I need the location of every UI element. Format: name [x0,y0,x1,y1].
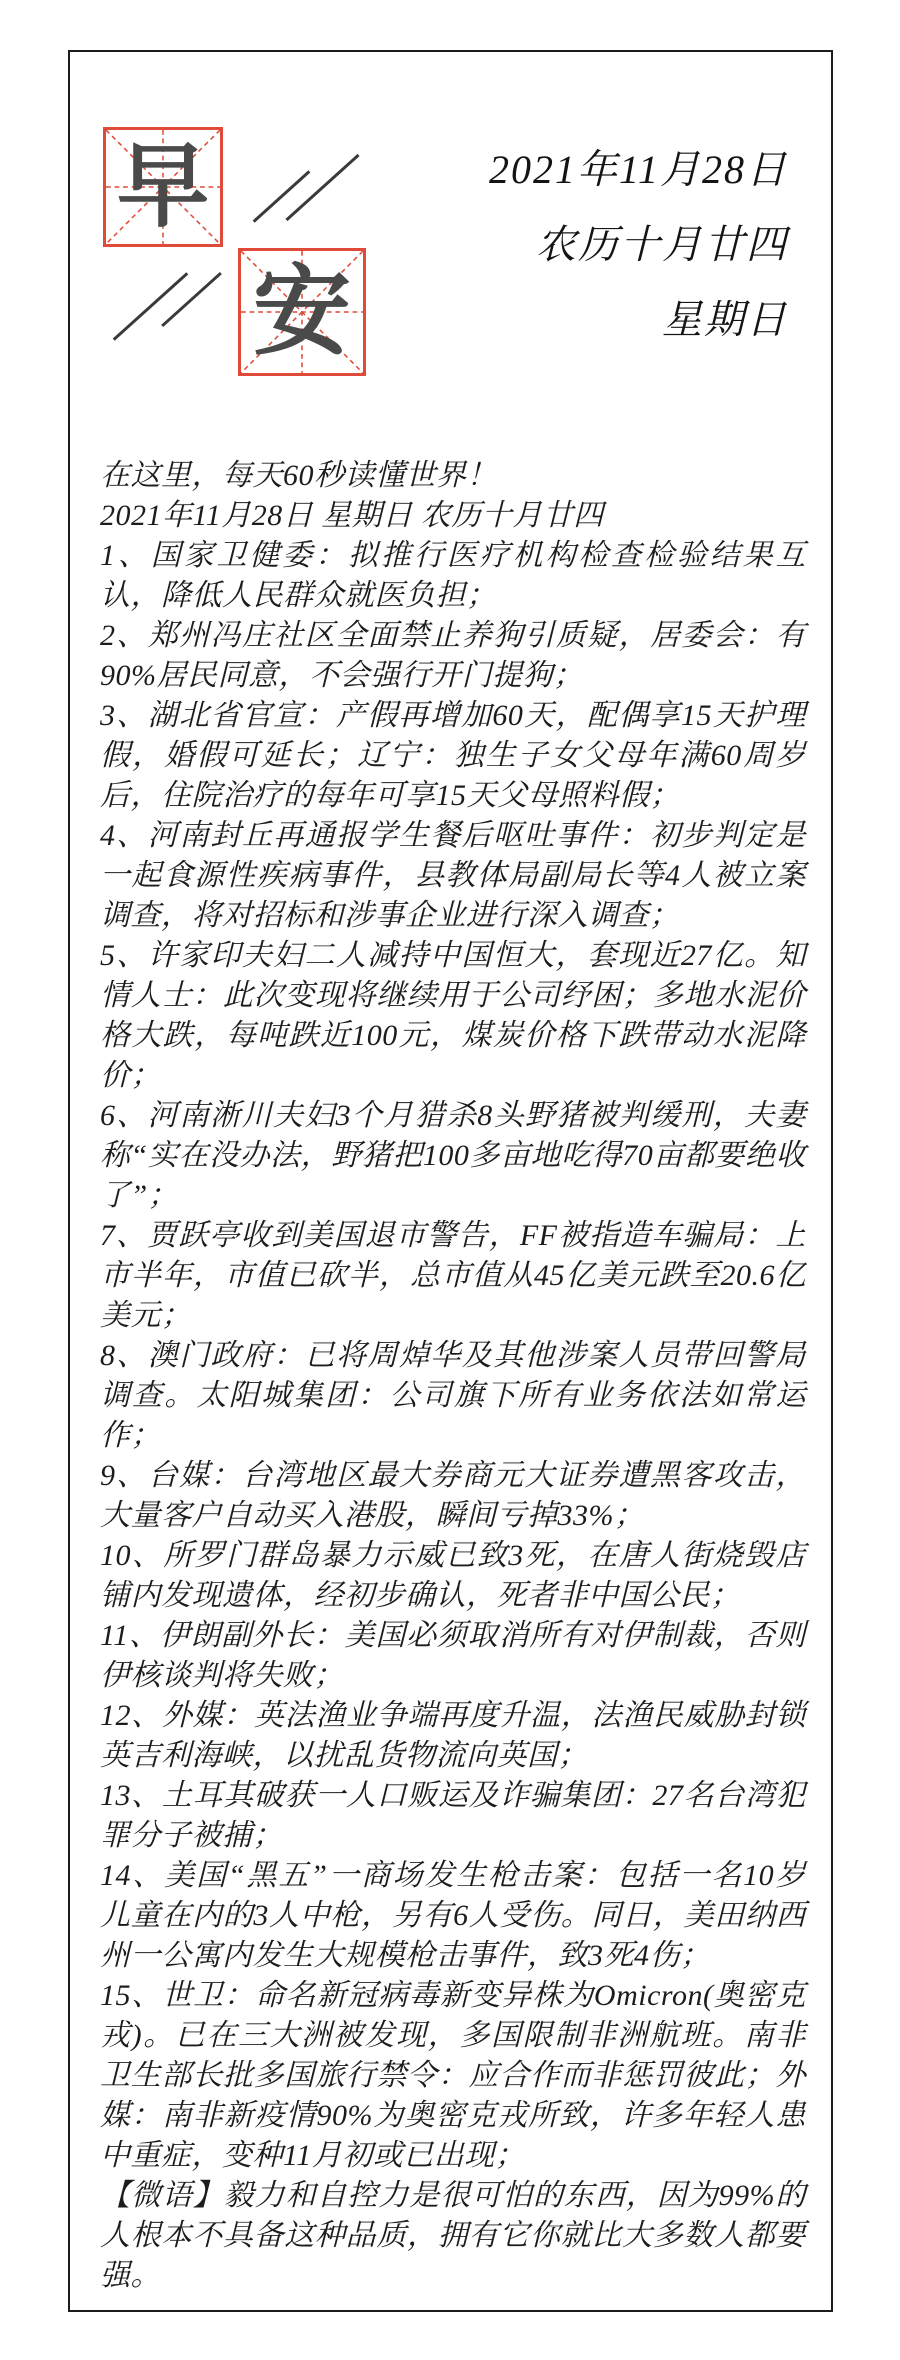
slash-decoration-icon [161,272,222,327]
news-item-14: 14、美国“黑五”一商场发生枪击案：包括一名10岁儿童在内的3人中枪，另有6人受… [100,1856,806,1976]
date-block: 2021年11月28日 农历十月廿四 星期日 [368,132,788,357]
logo-char-an: 安 [241,251,363,373]
date-lunar: 农历十月廿四 [368,207,788,282]
slash-decoration-icon [285,154,359,221]
news-item-7: 7、贾跃亭收到美国退市警告，FF被指造车骗局：上市半年，市值已砍半，总市值从45… [100,1216,806,1336]
news-body: 在这里，每天60秒读懂世界！ 2021年11月28日 星期日 农历十月廿四 1、… [100,456,806,2296]
date-weekday: 星期日 [368,282,788,357]
border-frame: 早 安 2021年11月28日 农历十月廿四 星期日 在这里，每天60秒读懂世界… [68,50,833,2312]
news-item-8: 8、澳门政府：已将周焯华及其他涉案人员带回警局调查。太阳城集团：公司旗下所有业务… [100,1336,806,1456]
news-item-3: 3、湖北省官宣：产假再增加60天，配偶享15天护理假，婚假可延长；辽宁：独生子女… [100,696,806,816]
news-item-6: 6、河南淅川夫妇3个月猎杀8头野猪被判缓刑，夫妻称“实在没办法，野猪把100多亩… [100,1096,806,1216]
logo-char-zao: 早 [106,130,220,244]
news-item-4: 4、河南封丘再通报学生餐后呕吐事件：初步判定是一起食源性疾病事件，县教体局副局长… [100,816,806,936]
news-item-2: 2、郑州冯庄社区全面禁止养狗引质疑，居委会：有90%居民同意，不会强行开门提狗； [100,616,806,696]
daily-quote: 【微语】毅力和自控力是很可怕的东西，因为99%的人根本不具备这种品质，拥有它你就… [100,2176,806,2296]
news-item-1: 1、国家卫健委：拟推行医疗机构检查检验结果互认，降低人民群众就医负担； [100,536,806,616]
news-item-9: 9、台媒：台湾地区最大券商元大证券遭黑客攻击，大量客户自动买入港股，瞬间亏掉33… [100,1456,806,1536]
slash-decoration-icon [113,272,189,340]
news-item-13: 13、土耳其破获一人口贩运及诈骗集团：27名台湾犯罪分子被捕； [100,1776,806,1856]
calligraphy-grid-an: 安 [238,248,366,376]
news-item-10: 10、所罗门群岛暴力示威已致3死，在唐人街烧毁店铺内发现遗体，经初步确认，死者非… [100,1536,806,1616]
date-gregorian: 2021年11月28日 [368,132,788,207]
calligraphy-grid-zao: 早 [103,127,223,247]
good-morning-news-card: 早 安 2021年11月28日 农历十月廿四 星期日 在这里，每天60秒读懂世界… [0,0,900,2360]
slash-decoration-icon [253,170,311,222]
news-item-5: 5、许家印夫妇二人减持中国恒大，套现近27亿。知情人士：此次变现将继续用于公司纾… [100,936,806,1096]
date-header-line: 2021年11月28日 星期日 农历十月廿四 [100,496,806,536]
intro-line: 在这里，每天60秒读懂世界！ [100,456,806,496]
news-item-15: 15、世卫：命名新冠病毒新变异株为Omicron(奥密克戎)。已在三大洲被发现，… [100,1976,806,2176]
news-item-11: 11、伊朗副外长：美国必须取消所有对伊制裁，否则伊核谈判将失败； [100,1616,806,1696]
news-item-12: 12、外媒：英法渔业争端再度升温，法渔民威胁封锁英吉利海峡，以扰乱货物流向英国； [100,1696,806,1776]
